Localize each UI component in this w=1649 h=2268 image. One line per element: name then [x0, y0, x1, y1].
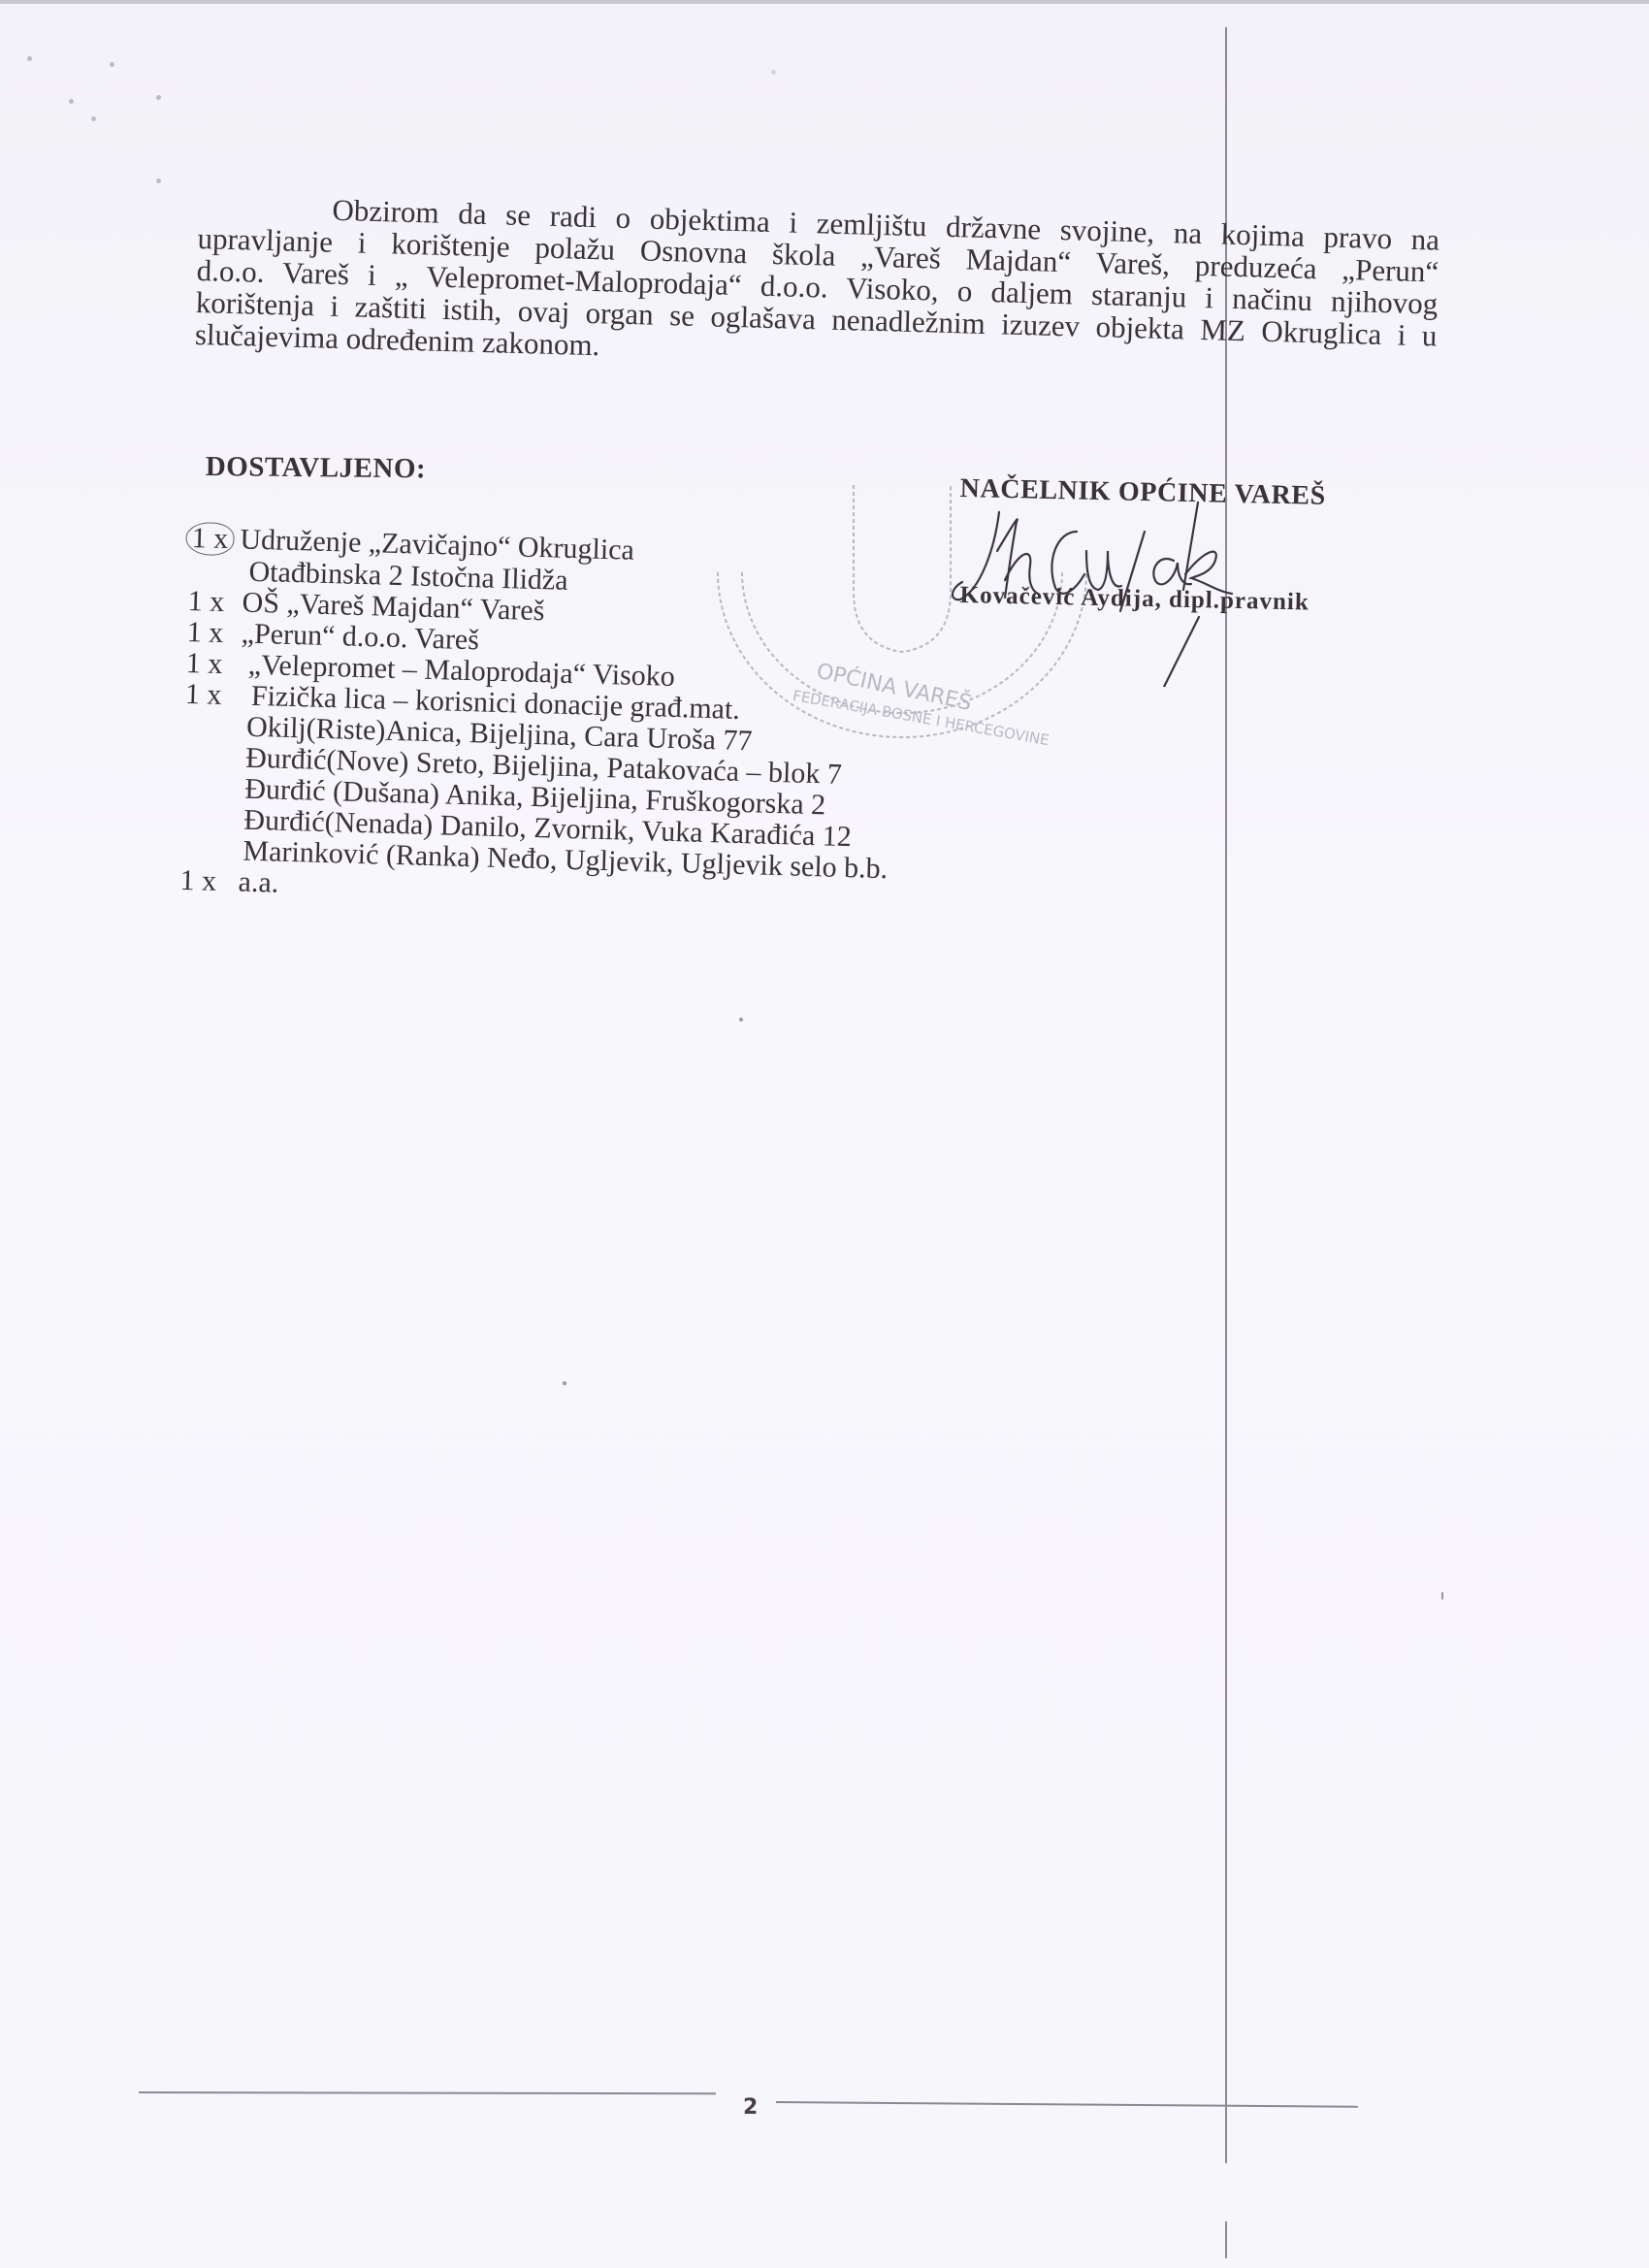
footer-rule-right [776, 2101, 1358, 2107]
footer-rule-left [139, 2091, 716, 2094]
page-number: 2 [743, 2095, 758, 2120]
fold-line-gap [1225, 2163, 1227, 2221]
signature-block: NAČELNIK OPĆINE VAREŠ Kovačević Aydija, … [960, 473, 1406, 504]
scan-dot [1441, 1592, 1443, 1600]
speck [110, 62, 114, 67]
recipient-qty: 1 x [179, 865, 239, 898]
recipient-qty: 1 x [185, 648, 248, 681]
scan-dot [563, 1381, 566, 1385]
recipient-qty: 1 x [186, 617, 242, 650]
recipient-qty-circled: 1 x [185, 522, 235, 556]
scan-dot [739, 1018, 743, 1021]
scanned-page: Obzirom da se radi o objektima i zemljiš… [0, 0, 1649, 2268]
scan-specks [0, 0, 252, 213]
delivered-heading: DOSTAVLJENO: [206, 451, 427, 485]
speck [69, 99, 74, 104]
speck [27, 56, 32, 61]
speck [91, 116, 96, 121]
recipient-qty: 1 x [185, 679, 252, 712]
body-paragraph: Obzirom da se radi o objektima i zemljiš… [195, 190, 1440, 384]
recipient-text: a.a. [238, 866, 279, 899]
speck [156, 95, 161, 100]
speck [771, 70, 776, 75]
speck [156, 178, 161, 183]
recipient-qty: 1 x [187, 586, 242, 619]
